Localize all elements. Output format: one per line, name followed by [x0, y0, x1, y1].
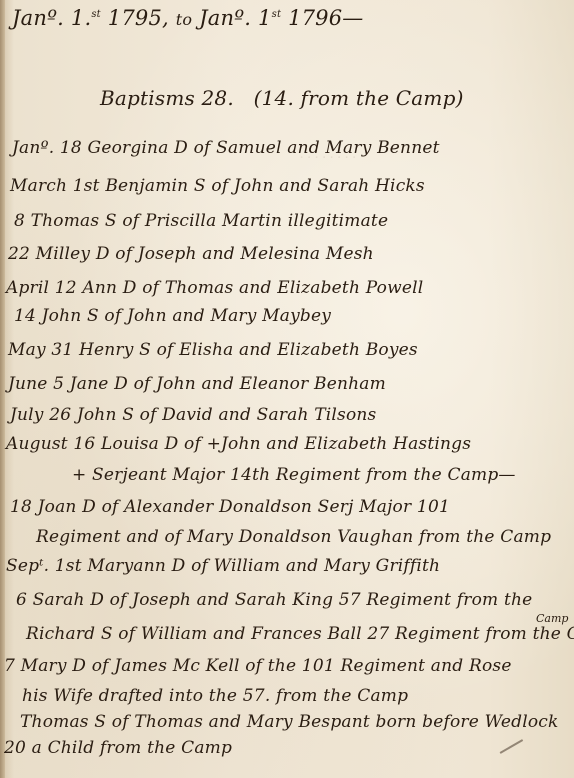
entry-line: 6 Sarah D of Joseph and Sarah King 57 Re…: [16, 590, 532, 610]
entry-line: June 5 Jane D of John and Eleanor Benham: [8, 374, 386, 394]
entry-line: Thomas S of Thomas and Mary Bespant born…: [20, 712, 559, 732]
to-word: to: [176, 10, 192, 29]
baptisms-subtitle: Baptisms 28. (14. from the Camp): [100, 86, 464, 110]
entry-line: Regiment and of Mary Donaldson Vaughan f…: [36, 527, 551, 547]
entry-line: Janº. 18 Georgina D of Samuel and Mary B…: [12, 138, 440, 158]
entry-line: Richard S of William and Frances Ball 27…: [26, 624, 574, 644]
entry-line: July 26 John S of David and Sarah Tilson…: [10, 405, 376, 425]
entry-line: May 31 Henry S of Elisha and Elizabeth B…: [8, 340, 418, 360]
entry-line: April 12 Ann D of Thomas and Elizabeth P…: [6, 278, 423, 298]
entry-line: 20 a Child from the Camp: [4, 738, 232, 758]
register-page: · · · · · · · · Janº. 1.st 1795, to Janº…: [0, 0, 574, 778]
entry-line: 7 Mary D of James Mc Kell of the 101 Reg…: [4, 656, 512, 676]
entry-line: 18 Joan D of Alexander Donaldson Serj Ma…: [10, 497, 450, 517]
entry-line: August 16 Louisa D of +John and Elizabet…: [6, 434, 471, 454]
to-year: 1796—: [288, 6, 363, 30]
date-range-heading: Janº. 1.st 1795, to Janº. 1st 1796—: [12, 6, 364, 30]
entry-line: Sepᵗ. 1st Maryann D of William and Mary …: [6, 556, 440, 576]
from-year: 1795,: [108, 6, 169, 30]
entry-line: + Serjeant Major 14th Regiment from the …: [72, 465, 516, 485]
entry-line: 14 John S of John and Mary Maybey: [14, 306, 331, 326]
entry-line: 22 Milley D of Joseph and Melesina Mesh: [8, 244, 374, 264]
to-date-sup: st: [272, 9, 282, 20]
to-date: Janº. 1: [199, 6, 271, 30]
from-date-sup: st: [91, 9, 101, 20]
entry-line: his Wife drafted into the 57. from the C…: [22, 686, 408, 706]
entry-line: March 1st Benjamin S of John and Sarah H…: [10, 176, 425, 196]
from-date: Janº. 1.: [12, 6, 91, 30]
pen-mark: [500, 739, 523, 753]
entry-line: 8 Thomas S of Priscilla Martin illegitim…: [14, 211, 388, 231]
